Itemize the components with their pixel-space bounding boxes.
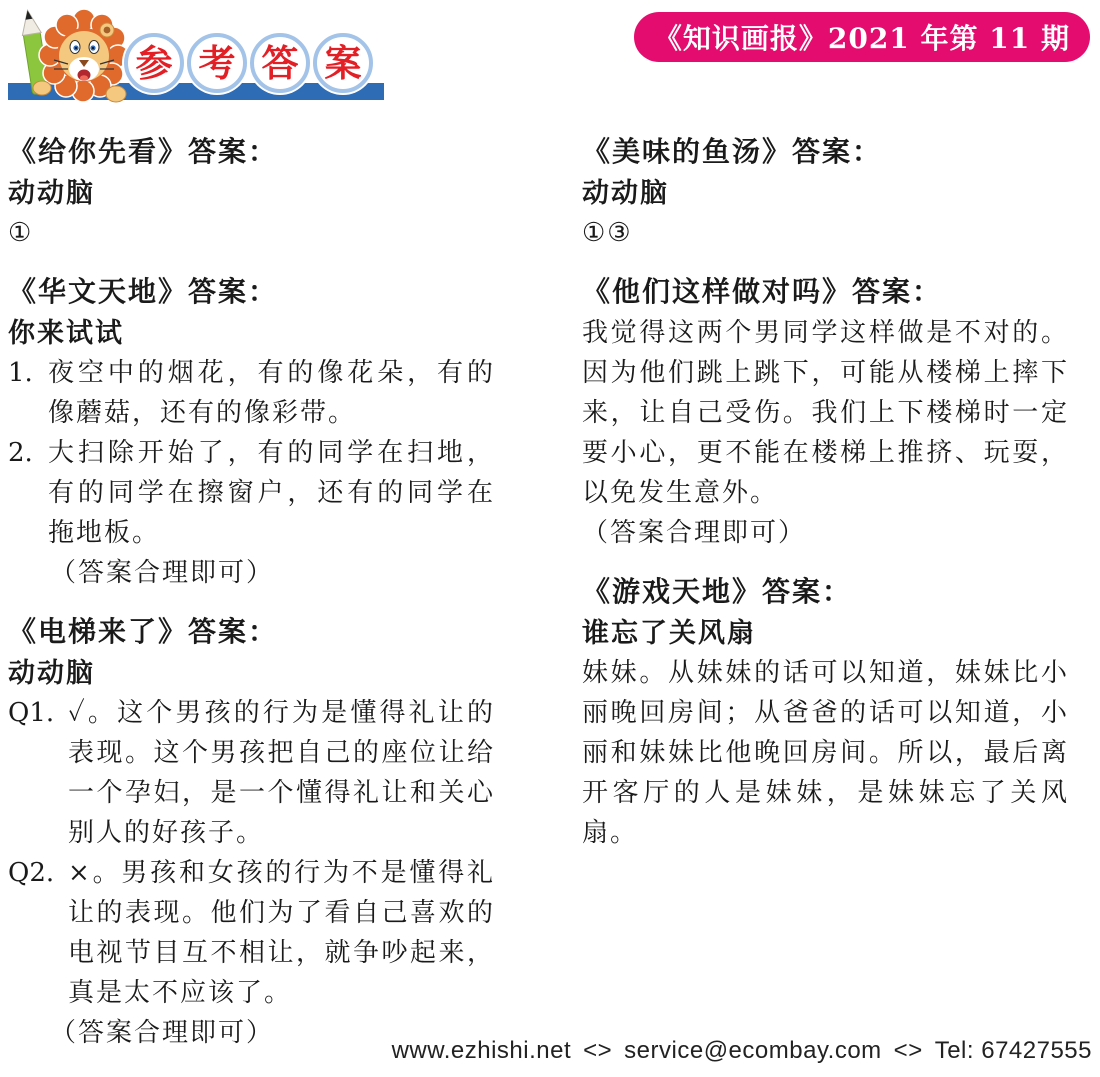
left-column: 《给你先看》答案：动动脑①《华文天地》答案：你来试试1.夜空中的烟花，有的像花朵… (8, 131, 495, 1053)
footer: www.ezhishi.net<>service@ecombay.com<>Te… (392, 1037, 1092, 1065)
lion-paw-right (106, 86, 126, 102)
item-marker: Q1. (8, 693, 68, 733)
footer-separator: <> (882, 1037, 935, 1064)
lion-mascot-icon (4, 4, 138, 106)
masthead-char-circle: 参 (124, 33, 184, 93)
lion-paw-left (33, 81, 51, 95)
item-text: 大扫除开始了，有的同学在扫地，有的同学在擦窗户，还有的同学在拖地板。 (48, 433, 495, 553)
item-marker: 1. (8, 353, 48, 393)
lion-tongue (80, 75, 88, 81)
masthead-char-circle: 考 (187, 33, 247, 93)
masthead-char: 参 (136, 45, 173, 82)
answer-paragraph: 我觉得这两个男同学这样做是不对的。因为他们跳上跳下，可能从楼梯上摔下来，让自己受… (582, 313, 1069, 513)
answer-item: Q1.✓。这个男孩的行为是懂得礼让的表现。这个男孩把自己的座位让给一个孕妇，是一… (8, 693, 495, 853)
answer-paragraph: 妹妹。从妹妹的话可以知道，妹妹比小丽晚回房间；从爸爸的话可以知道，小丽和妹妹比他… (582, 653, 1069, 853)
answer-section: 《华文天地》答案：你来试试1.夜空中的烟花，有的像花朵，有的像蘑菇，还有的像彩带… (8, 271, 495, 593)
footer-phone: Tel: 67427555 (935, 1037, 1092, 1064)
section-title: 《游戏天地》答案： (582, 571, 1069, 613)
note: （答案合理即可） (582, 513, 1069, 553)
item-text: ✓。这个男孩的行为是懂得礼让的表现。这个男孩把自己的座位让给一个孕妇，是一个懂得… (68, 693, 495, 853)
lion-mascot-graphic (4, 4, 138, 106)
answer-section: 《美味的鱼汤》答案：动动脑①③ (582, 131, 1069, 253)
section-subhead: 动动脑 (8, 653, 495, 693)
answer-section: 《电梯来了》答案：动动脑Q1.✓。这个男孩的行为是懂得礼让的表现。这个男孩把自己… (8, 611, 495, 1053)
answer-section: 《游戏天地》答案：谁忘了关风扇妹妹。从妹妹的话可以知道，妹妹比小丽晚回房间；从爸… (582, 571, 1069, 853)
answer-section: 《他们这样做对吗》答案：我觉得这两个男同学这样做是不对的。因为他们跳上跳下，可能… (582, 271, 1069, 553)
answer-item: 2.大扫除开始了，有的同学在扫地，有的同学在擦窗户，还有的同学在拖地板。 (8, 433, 495, 553)
footer-email: service@ecombay.com (624, 1037, 882, 1064)
item-marker: Q2. (8, 853, 68, 893)
section-title: 《电梯来了》答案： (8, 611, 495, 653)
item-text: 夜空中的烟花，有的像花朵，有的像蘑菇，还有的像彩带。 (48, 353, 495, 433)
footer-separator: <> (571, 1037, 624, 1064)
answer-key-page: 参 考 答 案 《知识画报》2021 年第 11 期 《给你先看》答案：动动脑①… (0, 0, 1100, 1077)
item-text: ×。男孩和女孩的行为不是懂得礼让的表现。他们为了看自己喜欢的电视节目互不相让，就… (68, 853, 495, 1013)
right-column: 《美味的鱼汤》答案：动动脑①③《他们这样做对吗》答案：我觉得这两个男同学这样做是… (582, 131, 1069, 1053)
answers-content: 《给你先看》答案：动动脑①《华文天地》答案：你来试试1.夜空中的烟花，有的像花朵… (8, 131, 1069, 1053)
section-subhead: 动动脑 (582, 173, 1069, 213)
note: （答案合理即可） (8, 553, 495, 593)
section-subhead: 你来试试 (8, 313, 495, 353)
section-title: 《华文天地》答案： (8, 271, 495, 313)
section-title: 《美味的鱼汤》答案： (582, 131, 1069, 173)
issue-banner: 《知识画报》2021 年第 11 期 (634, 12, 1090, 62)
masthead-char: 答 (262, 45, 299, 82)
footer-website: www.ezhishi.net (392, 1037, 572, 1064)
item-marker: 2. (8, 433, 48, 473)
masthead-char: 考 (199, 45, 236, 82)
answer-item: 1.夜空中的烟花，有的像花朵，有的像蘑菇，还有的像彩带。 (8, 353, 495, 433)
section-subhead: 动动脑 (8, 173, 495, 213)
masthead-title: 参 考 答 案 (124, 33, 373, 93)
answer-section: 《给你先看》答案：动动脑① (8, 131, 495, 253)
masthead-char-circle: 答 (250, 33, 310, 93)
section-title: 《他们这样做对吗》答案： (582, 271, 1069, 313)
answer-paragraph: ①③ (582, 213, 1069, 253)
section-subhead: 谁忘了关风扇 (582, 613, 1069, 653)
answer-paragraph: ① (8, 213, 495, 253)
section-title: 《给你先看》答案： (8, 131, 495, 173)
masthead-char: 案 (325, 45, 362, 82)
masthead-char-circle: 案 (313, 33, 373, 93)
answer-item: Q2.×。男孩和女孩的行为不是懂得礼让的表现。他们为了看自己喜欢的电视节目互不相… (8, 853, 495, 1013)
